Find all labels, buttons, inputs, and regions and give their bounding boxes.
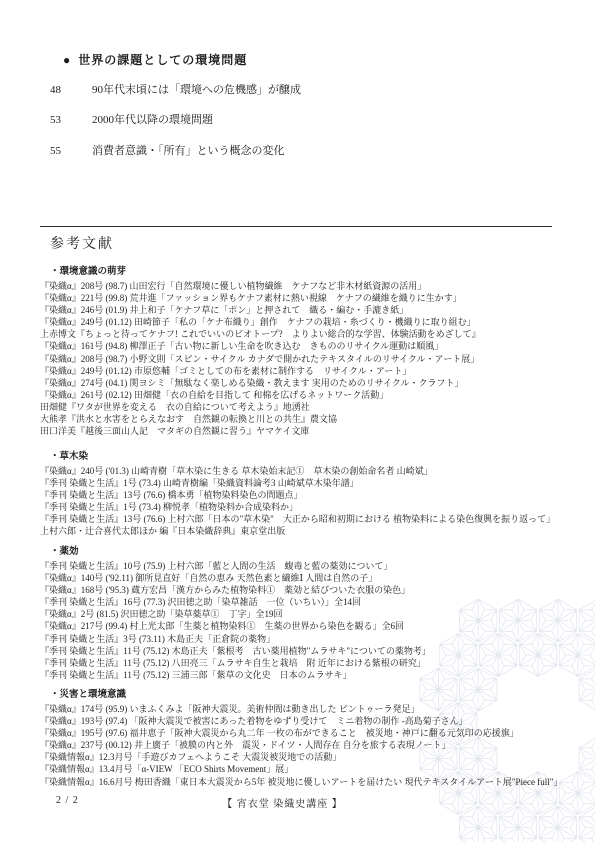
reference-section: ・草木染『染織α』240号 ('01.3) 山崎青樹「草木染に生きる 草木染始末… xyxy=(40,451,588,538)
page-content: ●世界の課題としての環境問題 4890年代末頃には「環境への危機感」が醸成 53… xyxy=(0,0,595,842)
reference-line: 『季刊 染織と生活』11号 (75.12) 木島正夫「紫根考 古い薬用植物"ムラ… xyxy=(40,645,588,657)
reference-line: 『染織α』208号 (98.7) 小野文則「スピン・サイクル カナダで開かれたテ… xyxy=(40,353,588,365)
toc-page-number: 55 xyxy=(50,145,92,158)
reference-line: 『染織α』168号 ('95.3) 蔵方宏昌「漢方からみた植物染料① 薬効と結び… xyxy=(40,584,588,596)
reference-line: 上赤博文『ちょっと待ってケナフ! これでいいのビオトープ? よりよい総合的な学習… xyxy=(40,328,588,340)
reference-line: 『季刊 染織と生活』13号 (76.6) 上村六郎「日本の"草木染" 大正から昭… xyxy=(40,513,588,525)
reference-line: 『染織情報α』13.4月号「α-VIEW 「ECO Shirts Movemen… xyxy=(40,763,588,775)
reference-section: ・環境意識の萌芽『染織α』208号 (98.7) 山田宏行「自然環境に優しい植物… xyxy=(40,266,588,437)
reference-line: 『染織α』140号 ('92.11) 御所見直好「自然の恵み 天然色素と繊維Ⅰ … xyxy=(40,572,588,584)
reference-line: 『染織α』195号 (97.6) 福井恵子「阪神大震災から丸二年 一枚の布ができ… xyxy=(40,727,588,739)
reference-line: 上村六郎・辻合喜代太郎ほか 編『日本染織辞典』東京堂出版 xyxy=(40,525,588,537)
toc-item: 532000年代以降の環境問題 xyxy=(50,114,213,127)
toc-item-label: 2000年代以降の環境問題 xyxy=(92,114,213,126)
toc-item-label: 90年代末頃には「環境への危機感」が醸成 xyxy=(92,84,301,96)
footer-label: 【 宵衣堂 染織史講座 】 xyxy=(0,795,565,810)
toc-item: 4890年代末頃には「環境への危機感」が醸成 xyxy=(50,84,301,97)
toc-page-number: 48 xyxy=(50,84,92,97)
reference-line: 『染織α』240号 ('01.3) 山崎青樹「草木染に生きる 草木染始末記① 草… xyxy=(40,465,588,477)
reference-line: 『染織α』249号 (01.12) 田崎節子「私の「ケナ布織り」創作 ケナフの栽… xyxy=(40,316,588,328)
reference-line: 『季刊 染織と生活』1号 (73.4) 柳悦孝「植物染料か合成染料か」 xyxy=(40,501,588,513)
section-heading: ・草木染 xyxy=(50,451,588,463)
section-heading: ・環境意識の萌芽 xyxy=(50,266,588,278)
section-heading: ・薬効 xyxy=(50,546,588,558)
reference-line: 『染織α』246号 (01.9) 井上和子「ケナフ草に「ポン」と押されて 織る・… xyxy=(40,304,588,316)
reference-line: 『季刊 染織と生活』1号 (73.4) 山崎青樹編「染織資料論考3 山崎斌草木染… xyxy=(40,477,588,489)
reference-line: 田口洋美『越後三面山人記 マタギの自然観に習う』ヤマケイ文庫 xyxy=(40,425,588,437)
reference-line: 大熊孝『洪水と水害をとらえなおす 自然観の転換と川との共生』農文協 xyxy=(40,413,588,425)
reference-line: 『染織α』193号 (97.4) 「阪神大震災で被害にあった着物をゆずり受けて … xyxy=(40,715,588,727)
section-heading: ・災害と環境意識 xyxy=(50,689,588,701)
toc-heading-label: 世界の課題としての環境問題 xyxy=(78,53,247,67)
reference-line: 『染織α』221号 (99.8) 荒井進「ファッション界もケナフ素材に熱い視線 … xyxy=(40,292,588,304)
reference-line: 『染織α』208号 (98.7) 山田宏行「自然環境に優しい植物繊維 ケナフなど… xyxy=(40,280,588,292)
reference-line: 田畑健『ワタが世界を変える 衣の自給について考えよう』地湧社 xyxy=(40,401,588,413)
reference-line: 『季刊 染織と生活』11号 (75.12) 八田亮三「ムラサキ自生と栽培 附 近… xyxy=(40,657,588,669)
reference-line: 『染織α』249号 (01.12) 市原悠輔「ゴミとしての布を素材に制作する リ… xyxy=(40,365,588,377)
reference-line: 『染織α』217号 (99.4) 村上光太郎「生薬と植物染料① 生薬の世界から染… xyxy=(40,620,588,632)
horizontal-rule xyxy=(40,226,552,227)
reference-line: 『染織α』274号 (04.1) 関ヨシミ「無駄なく楽しめる染織・教えます 実用… xyxy=(40,377,588,389)
reference-line: 『染織α』174号 (95.9) いまふくみよ「阪神大震災。美術仲間は動き出した… xyxy=(40,703,588,715)
toc-item: 55消費者意識・「所有」という概念の変化 xyxy=(50,145,285,158)
references-title: 参考文献 xyxy=(50,233,114,253)
reference-line: 『季刊 染織と生活』10号 (75.9) 上村六郎「藍と人間の生活 蝮毒と藍の薬… xyxy=(40,560,588,572)
bullet-icon: ● xyxy=(63,53,71,67)
reference-line: 『季刊 染織と生活』13号 (76.6) 橋本勇「植物染料染色の問題点」 xyxy=(40,489,588,501)
reference-line: 『染織α』2号 (81.5) 沢田徳之助「染草薬草① 丁字」全19回 xyxy=(40,608,588,620)
reference-line: 『染織α』161号 (94.8) 柳澤正子「古い物に新しい生命を吹き込む きもの… xyxy=(40,340,588,352)
toc-heading: ●世界の課題としての環境問題 xyxy=(63,53,247,68)
reference-line: 『季刊 染織と生活』3号 (73.11) 木島正夫「正倉院の薬物」 xyxy=(40,633,588,645)
toc-page-number: 53 xyxy=(50,114,92,127)
toc-item-label: 消費者意識・「所有」という概念の変化 xyxy=(92,145,285,157)
reference-section: ・薬効『季刊 染織と生活』10号 (75.9) 上村六郎「藍と人間の生活 蝮毒と… xyxy=(40,546,588,681)
document-page: ●世界の課題としての環境問題 4890年代末頃には「環境への危機感」が醸成 53… xyxy=(0,0,595,842)
reference-line: 『季刊 染織と生活』11号 (75.12) 三浦三郎「紫草の文化史 日本のムラサ… xyxy=(40,669,588,681)
reference-section: ・災害と環境意識『染織α』174号 (95.9) いまふくみよ「阪神大震災。美術… xyxy=(40,689,588,788)
reference-line: 『染織α』237号 (00.12) 井上廣子「被膜の内と外 震災・ドイツ・人間存… xyxy=(40,739,588,751)
reference-line: 『染織情報α』12.3月号「手遊びカフェへようこそ 大震災被災地での活動」 xyxy=(40,751,588,763)
reference-line: 『染織α』261号 (02.12) 田畑健「衣の自給を目指して 和棉を広げるネッ… xyxy=(40,389,588,401)
reference-line: 『季刊 染織と生活』16号 (77.3) 沢田徳之助「染草雑話 一位（いちい）」… xyxy=(40,596,588,608)
reference-line: 『染織情報α』16.6月号 梅田香織「東日本大震災から5年 被災地に優しいアート… xyxy=(40,776,588,788)
